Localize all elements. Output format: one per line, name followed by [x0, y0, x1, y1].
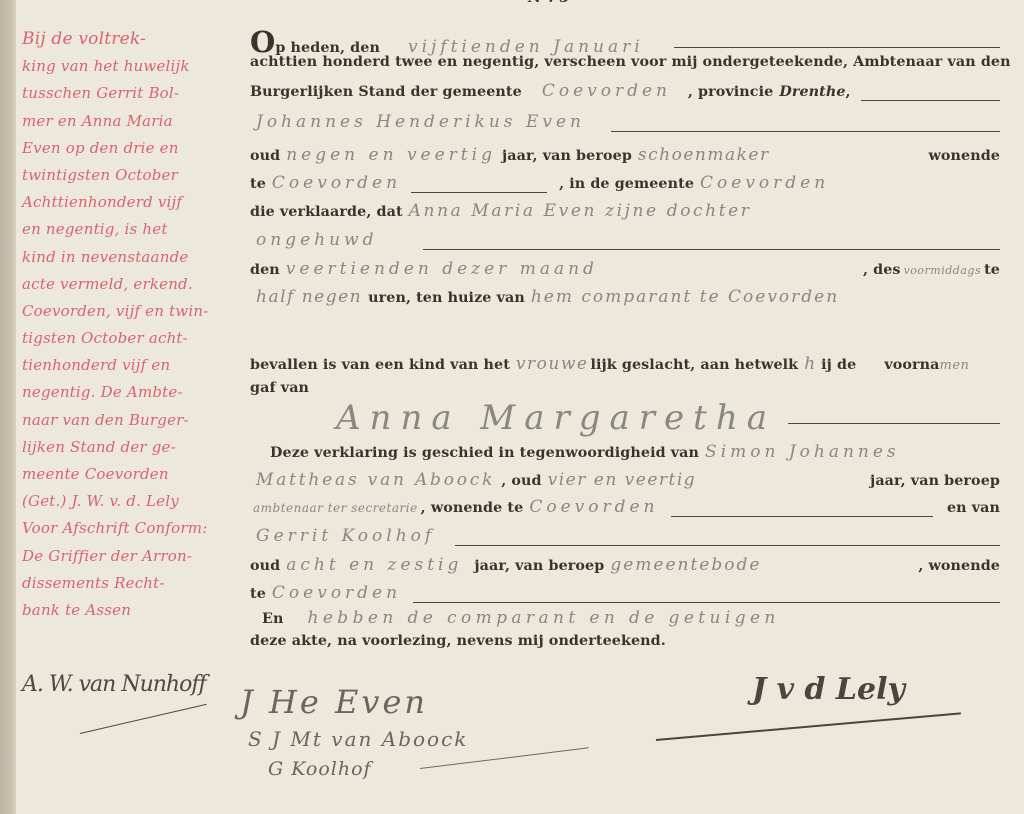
marginal-note-line: tienhonderd vijf en: [22, 352, 247, 379]
form-line-declarant: Johannes Henderikus Even: [250, 112, 1000, 142]
handwritten-witness2-age: acht en zestig: [280, 555, 468, 575]
handwritten-witness1-occupation: ambtenaar ter secretarie: [250, 501, 421, 515]
printed-text: wonende: [928, 148, 1000, 164]
printed-text: oud: [250, 558, 280, 574]
printed-text: , des: [863, 262, 901, 278]
form-line-closing: deze akte, na voorlezing, nevens mij ond…: [250, 633, 1000, 663]
handwritten-declarant-name: Johannes Henderikus Even: [250, 112, 591, 132]
printed-text: te: [250, 176, 266, 192]
printed-text: jaar, van beroep: [870, 473, 1000, 489]
printed-text: ij de: [821, 357, 856, 373]
printed-text: en van: [947, 500, 1000, 516]
marginal-note-line: Even op den drie en: [22, 135, 247, 162]
form-line-statement: die verklaarde, dat Anna Maria Even zijn…: [250, 201, 1000, 231]
handwritten-signatories: hebben de comparant en de getuigen: [302, 608, 786, 628]
marginal-note-line: Achttienhonderd vijf: [22, 189, 247, 216]
form-line-witness1-occupation: ambtenaar ter secretarie , wonende te Co…: [250, 497, 1000, 527]
printed-text: bevallen is van een kind van het: [250, 357, 510, 373]
form-line-witnesses-intro: Deze verklaring is geschied in tegenwoor…: [250, 442, 1000, 472]
printed-text: te: [250, 586, 266, 602]
printed-text: gaf van: [250, 380, 309, 396]
province-name: Drenthe: [779, 84, 845, 100]
marginal-note-line: meente Coevorden: [22, 461, 247, 488]
printed-text: , wonende: [918, 558, 1000, 574]
printed-text: , wonende te: [421, 500, 524, 516]
handwritten-witness2-name: Gerrit Koolhof: [250, 526, 441, 546]
printed-text: jaar, van beroep: [502, 148, 632, 164]
printed-text: deze akte, na voorlezing, nevens mij ond…: [250, 633, 666, 649]
signature-declarant: J He Even: [240, 683, 428, 721]
handwritten-child-name: Anna Margaretha: [330, 398, 782, 438]
marginal-note-line: Bij de voltrek-: [22, 26, 247, 53]
marginal-note-acknowledgement: Bij de voltrek-king van het huwelijktuss…: [22, 26, 247, 624]
printed-text: uren, ten huize van: [368, 290, 525, 306]
marginal-note-line: naar van den Burger-: [22, 407, 247, 434]
marginal-note-line: bank te Assen: [22, 597, 247, 624]
form-line-witness1-age: Mattheas van Aboock , oud vier en veerti…: [250, 470, 1000, 500]
printed-text: den: [250, 262, 280, 278]
fill-line: [411, 192, 547, 193]
printed-text: oud: [250, 148, 280, 164]
handwritten-witness2-residence: Coevorden: [266, 583, 407, 603]
signature-witness2: G Koolhof: [268, 758, 372, 780]
handwritten-residence: Coevorden: [266, 173, 407, 193]
handwritten-witness1-last: Mattheas van Aboock: [250, 470, 501, 490]
printed-text: , in de gemeente: [559, 176, 694, 192]
handwritten-birth-hour: half negen: [250, 287, 368, 307]
record-number: N°. 5: [527, 0, 569, 6]
handwritten-statement: Anna Maria Even zijne dochter: [403, 201, 758, 221]
handwritten-suffix: men: [940, 358, 970, 373]
marginal-note-line: lijken Stand der ge-: [22, 434, 247, 461]
handwritten-municipality: Coevorden: [536, 81, 688, 101]
signature-registrar: J v d Lely: [752, 672, 905, 707]
printed-text: ,: [846, 84, 851, 100]
fill-line: [674, 47, 1000, 48]
printed-text: En: [262, 611, 284, 627]
marginal-note-line: king van het huwelijk: [22, 53, 247, 80]
handwritten-pronoun-h: h: [798, 354, 821, 374]
fill-line: [788, 423, 1000, 424]
marginal-note-line: (Get.) J. W. v. d. Lely: [22, 488, 247, 515]
printed-text: , oud: [501, 473, 541, 489]
handwritten-birth-day: veertienden dezer maand: [280, 259, 604, 279]
marginal-note-line: dissements Recht-: [22, 570, 247, 597]
form-line-birth-place: half negen uren, ten huize van hem compa…: [250, 287, 1000, 317]
fill-line: [611, 131, 1000, 132]
form-line-status: ongehuwd: [250, 230, 1000, 260]
handwritten-occupation: schoenmaker: [632, 145, 776, 165]
marginal-note-line: Coevorden, vijf en twin-: [22, 298, 247, 325]
fill-line: [423, 249, 1000, 250]
handwritten-witness1-first: Simon Johannes: [699, 442, 906, 462]
fill-line: [413, 602, 1000, 603]
marginal-note-line: twintigsten October: [22, 162, 247, 189]
marginal-note-line: negentig. De Ambte-: [22, 379, 247, 406]
marginal-note-line: en negentig, is het: [22, 216, 247, 243]
form-line-witness2-name: Gerrit Koolhof: [250, 526, 1000, 556]
printed-text: lijk geslacht, aan hetwelk: [590, 357, 798, 373]
signature-witness1: S J Mt van Aboock: [248, 727, 468, 751]
initial-capital: O: [250, 28, 275, 57]
form-line-child-name: Anna Margaretha: [250, 398, 1000, 440]
handwritten-witness2-occupation: gemeentebode: [604, 555, 767, 575]
fill-line: [671, 516, 933, 517]
form-line-age-occupation: oud negen en veertig jaar, van beroep sc…: [250, 145, 1000, 175]
signature-margin-clerk: A. W. van Nunhoff: [22, 672, 206, 697]
handwritten-age: negen en veertig: [280, 145, 502, 165]
fill-line: [861, 100, 1000, 101]
printed-text: jaar, van beroep: [474, 558, 604, 574]
form-line-residence: te Coevorden , in de gemeente Coevorden: [250, 173, 1000, 203]
marginal-note-line: kind in nevenstaande: [22, 244, 247, 271]
printed-text: voorna: [884, 357, 939, 373]
handwritten-witness1-age: vier en veertig: [542, 470, 703, 490]
form-line-birth-date: den veertienden dezer maand , des voormi…: [250, 259, 1000, 289]
marginal-note-line: Voor Afschrift Conform:: [22, 515, 247, 542]
printed-text: te: [984, 262, 1000, 278]
printed-text: die verklaarde, dat: [250, 204, 403, 220]
page-binding-edge: [0, 0, 16, 814]
handwritten-birth-place: hem comparant te Coevorden: [525, 287, 845, 307]
printed-text: Deze verklaring is geschied in tegenwoor…: [270, 445, 699, 461]
handwritten-municipality-2: Coevorden: [694, 173, 835, 193]
printed-text: achttien honderd twee en negentig, versc…: [250, 54, 1011, 70]
form-line-municipality: Burgerlijken Stand der gemeente Coevorde…: [250, 81, 1000, 111]
printed-text: , provincie: [688, 84, 774, 100]
handwritten-marital-status: ongehuwd: [250, 230, 383, 250]
handwritten-time-of-day: voormiddags: [901, 264, 985, 277]
form-line-year: achttien honderd twee en negentig, versc…: [250, 54, 1000, 84]
marginal-note-line: tusschen Gerrit Bol-: [22, 80, 247, 107]
marginal-note-line: acte vermeld, erkend.: [22, 271, 247, 298]
handwritten-witness1-residence: Coevorden: [523, 497, 664, 517]
marginal-note-line: tigsten October acht-: [22, 325, 247, 352]
fill-line: [455, 545, 1000, 546]
marginal-note-line: mer en Anna Maria: [22, 108, 247, 135]
marginal-note-line: De Griffier der Arron-: [22, 543, 247, 570]
printed-text: Burgerlijken Stand der gemeente: [250, 84, 522, 100]
handwritten-sex: vrouwe: [510, 354, 591, 374]
form-line-witness2-age: oud acht en zestig jaar, van beroep geme…: [250, 555, 1000, 585]
